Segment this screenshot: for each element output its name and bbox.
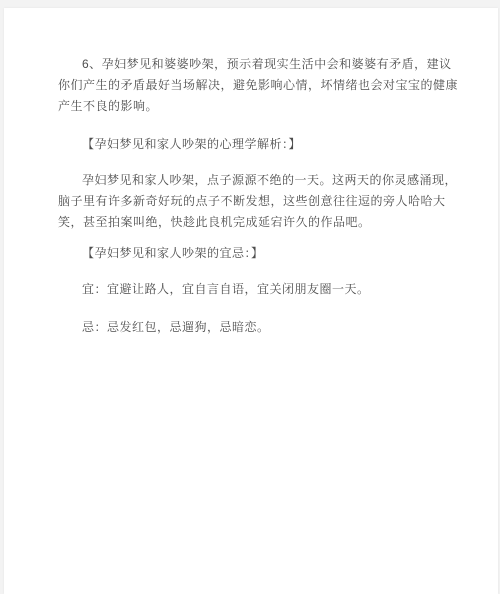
paragraph-psychology-analysis: 孕妇梦见和家人吵架，点子源源不绝的一天。这两天的你灵感涌现，脑子里有许多新奇好玩… (58, 170, 460, 233)
paragraph-dream-mother-in-law: 6、孕妇梦见和婆婆吵架，预示着现实生活中会和婆婆有矛盾，建议你们产生的矛盾最好当… (58, 54, 460, 117)
line-ji: 忌：忌发红包，忌遛狗，忌暗恋。 (58, 317, 460, 338)
heading-psychology-analysis: 【孕妇梦见和家人吵架的心理学解析：】 (58, 134, 460, 155)
heading-yi-ji: 【孕妇梦见和家人吵架的宜忌：】 (58, 243, 460, 264)
page-background: 6、孕妇梦见和婆婆吵架，预示着现实生活中会和婆婆有矛盾，建议你们产生的矛盾最好当… (0, 0, 500, 594)
article-page: 6、孕妇梦见和婆婆吵架，预示着现实生活中会和婆婆有矛盾，建议你们产生的矛盾最好当… (4, 8, 498, 594)
line-yi: 宜：宜避让路人，宜自言自语，宜关闭朋友圈一天。 (58, 279, 460, 300)
article-body: 6、孕妇梦见和婆婆吵架，预示着现实生活中会和婆婆有矛盾，建议你们产生的矛盾最好当… (4, 8, 498, 338)
